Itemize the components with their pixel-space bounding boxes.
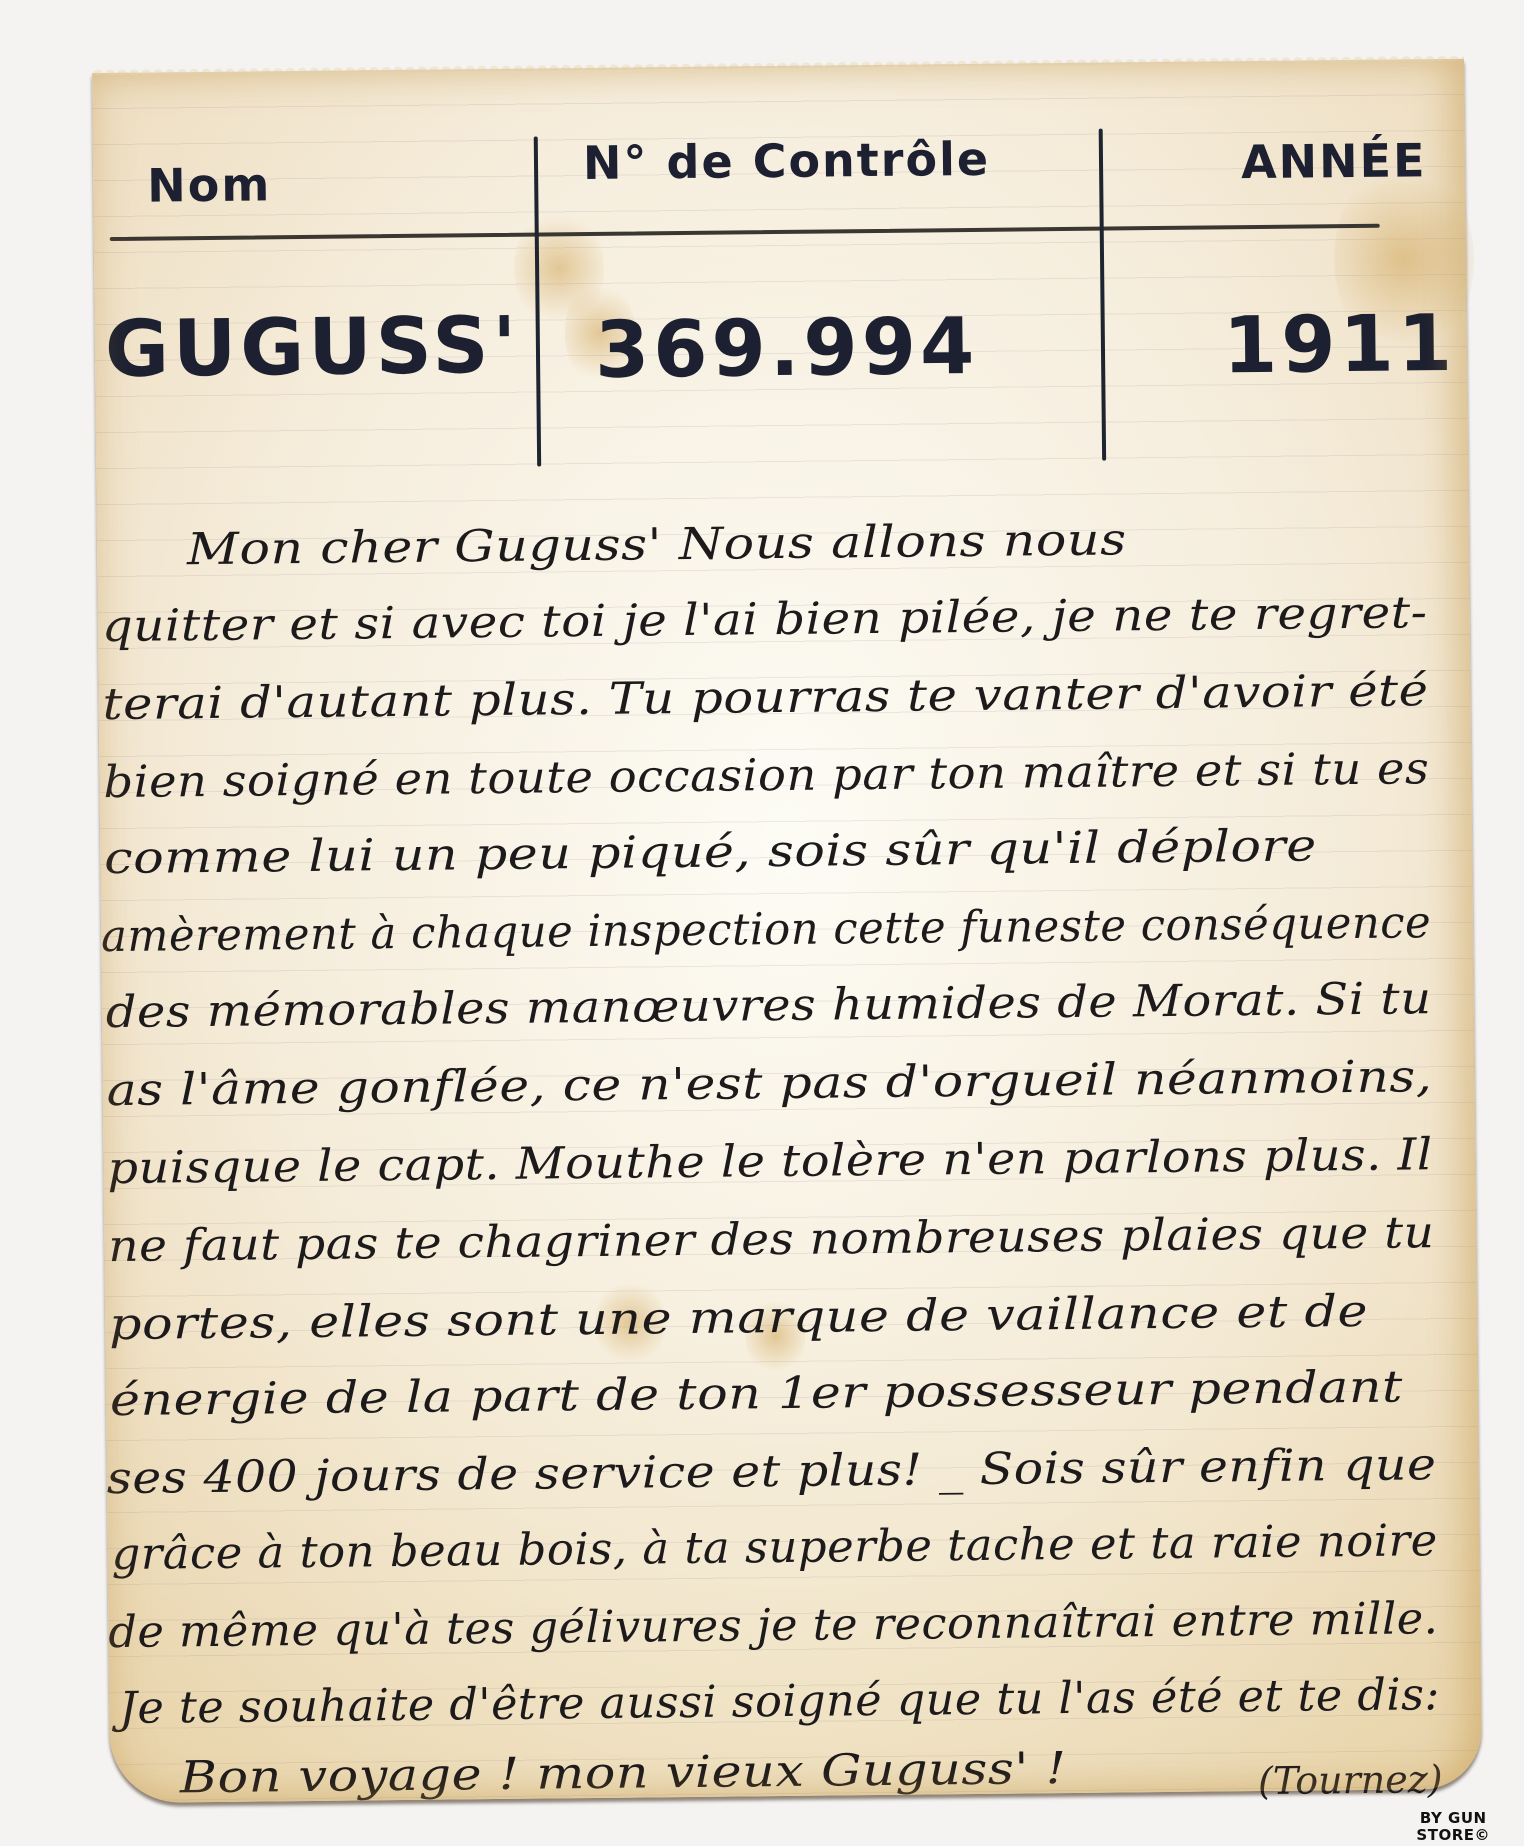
document-card: Nom N° de Contrôle ANNÉE GUGUSS' 369.994… bbox=[92, 59, 1482, 1803]
letter-line: Mon cher Guguss' Nous allons nous bbox=[187, 514, 1127, 575]
letter-line-closing: Bon voyage ! mon vieux Guguss' ! bbox=[180, 1743, 1067, 1803]
header-label-annee: ANNÉE bbox=[1241, 133, 1427, 189]
letter-line: as l'âme gonflée, ce n'est pas d'orgueil… bbox=[106, 1051, 1432, 1116]
watermark-line: STORE© bbox=[1416, 1827, 1490, 1844]
letter-line: Je te souhaite d'être aussi soigné que t… bbox=[119, 1669, 1440, 1734]
letter-line: des mémorables manœuvres humides de Mora… bbox=[106, 973, 1432, 1038]
header-label-numero-controle: N° de Contrôle bbox=[583, 132, 991, 190]
letter-line: bien soigné en toute occasion par ton ma… bbox=[103, 743, 1429, 808]
letter-line: comme lui un peu piqué, sois sûr qu'il d… bbox=[104, 820, 1317, 884]
letter-line: puisque le capt. Mouthe le tolère n'en p… bbox=[107, 1129, 1433, 1194]
watermark: BY GUN STORE© bbox=[1416, 1810, 1490, 1844]
letter-line: énergie de la part de ton 1er possesseur… bbox=[110, 1362, 1404, 1427]
letter-line: amèrement à chaque inspection cette fune… bbox=[101, 897, 1432, 962]
letter-line: ses 400 jours de service et plus! _ Sois… bbox=[106, 1439, 1436, 1504]
header-label-nom: Nom bbox=[147, 157, 272, 212]
table-column-divider bbox=[534, 137, 541, 467]
table-column-divider bbox=[1099, 129, 1106, 461]
table-header-divider bbox=[110, 224, 1380, 241]
letter-body: Mon cher Guguss' Nous allons nous quitte… bbox=[92, 59, 1464, 73]
rust-stain bbox=[513, 208, 604, 329]
header-value-numero-controle: 369.994 bbox=[595, 302, 979, 396]
letter-line: de même qu'à tes gélivures je te reconna… bbox=[108, 1593, 1438, 1658]
letter-line: grâce à ton beau bois, à ta superbe tach… bbox=[111, 1515, 1438, 1580]
letter-line: portes, elles sont une marque de vaillan… bbox=[109, 1286, 1368, 1350]
signature: (Tournez) bbox=[1258, 1757, 1443, 1803]
letter-line: quitter et si avec toi je l'ai bien pilé… bbox=[102, 587, 1428, 652]
letter-line: terai d'autant plus. Tu pourras te vante… bbox=[102, 665, 1428, 730]
letter-line: ne faut pas te chagriner des nombreuses … bbox=[108, 1207, 1435, 1272]
header-value-nom: GUGUSS' bbox=[104, 301, 520, 395]
watermark-line: BY GUN bbox=[1416, 1810, 1490, 1827]
header-value-annee: 1911 bbox=[1222, 299, 1456, 391]
